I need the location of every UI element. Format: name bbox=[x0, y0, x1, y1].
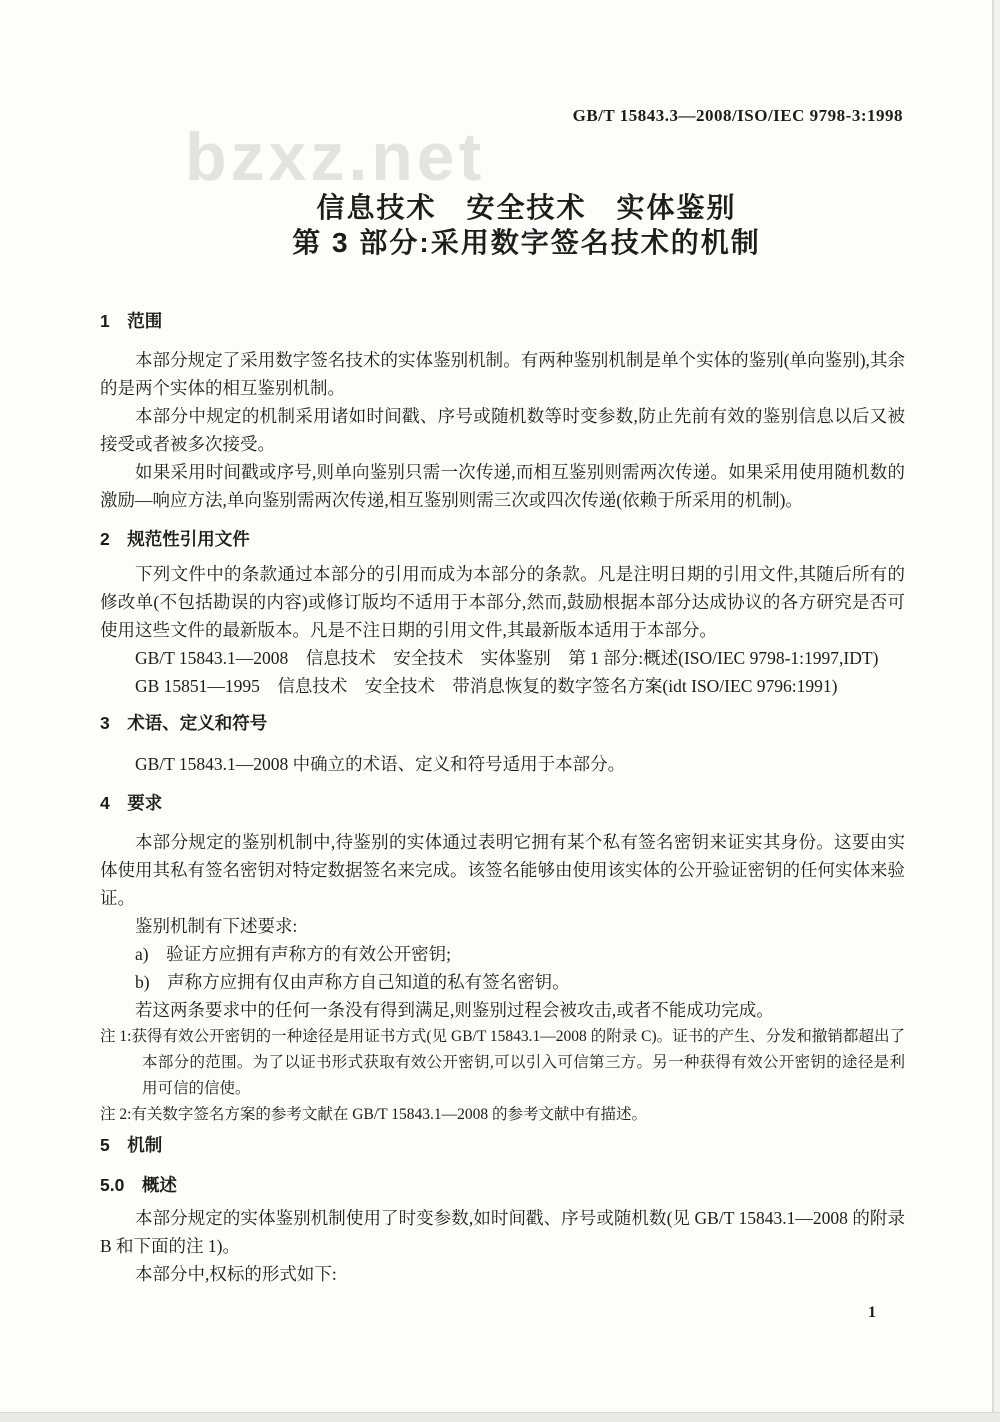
requirements-note-1: 注 1:获得有效公开密钥的一种途径是用证书方式(见 GB/T 15843.1—2… bbox=[100, 1024, 905, 1102]
normative-references-paragraph: 下列文件中的条款通过本部分的引用而成为本部分的条款。凡是注明日期的引用文件,其随… bbox=[100, 560, 905, 644]
scan-right-edge-line bbox=[992, 0, 994, 1422]
scope-paragraph-1: 本部分规定了采用数字签名技术的实体鉴别机制。有两种鉴别机制是单个实体的鉴别(单向… bbox=[100, 346, 905, 402]
requirement-item-a: a) 验证方应拥有声称方的有效公开密钥; bbox=[100, 940, 905, 968]
scan-right-edge-area bbox=[994, 0, 1000, 1422]
page-number: 1 bbox=[868, 1304, 876, 1322]
section-5-mechanisms-heading: 5 机制 bbox=[100, 1132, 905, 1158]
scope-paragraph-3: 如果采用时间戳或序号,则单向鉴别只需一次传递,而相互鉴别则需两次传递。如果采用使… bbox=[100, 458, 905, 514]
requirements-paragraph-3: 若这两条要求中的任何一条没有得到满足,则鉴别过程会被攻击,或者不能成功完成。 bbox=[100, 996, 905, 1024]
section-5-0-overview-heading: 5.0 概述 bbox=[100, 1172, 905, 1198]
terms-paragraph: GB/T 15843.1—2008 中确立的术语、定义和符号适用于本部分。 bbox=[100, 750, 905, 778]
scanned-document-page: { "header": { "standard_code": "GB/T 158… bbox=[0, 0, 1000, 1422]
standard-code-header: GB/T 15843.3—2008/ISO/IEC 9798-3:1998 bbox=[100, 104, 905, 128]
reference-item-2: GB 15851—1995 信息技术 安全技术 带消息恢复的数字签名方案(idt… bbox=[100, 672, 905, 700]
reference-item-1: GB/T 15843.1—2008 信息技术 安全技术 实体鉴别 第 1 部分:… bbox=[100, 644, 905, 672]
scope-paragraph-2: 本部分中规定的机制采用诸如时间戳、序号或随机数等时变参数,防止先前有效的鉴别信息… bbox=[100, 402, 905, 458]
requirements-paragraph-2: 鉴别机制有下述要求: bbox=[100, 912, 905, 940]
document-title-line1: 信息技术 安全技术 实体鉴别 bbox=[100, 192, 905, 224]
section-2-normative-references-heading: 2 规范性引用文件 bbox=[100, 526, 905, 552]
requirements-paragraph-1: 本部分规定的鉴别机制中,待鉴别的实体通过表明它拥有某个私有签名密钥来证实其身份。… bbox=[100, 828, 905, 912]
requirements-note-2: 注 2:有关数字签名方案的参考文献在 GB/T 15843.1—2008 的参考… bbox=[100, 1102, 905, 1128]
section-4-requirements-heading: 4 要求 bbox=[100, 790, 905, 816]
document-title-line2: 第 3 部分:采用数字签名技术的机制 bbox=[100, 226, 905, 260]
mechanisms-paragraph-1: 本部分规定的实体鉴别机制使用了时变参数,如时间戳、序号或随机数(见 GB/T 1… bbox=[100, 1204, 905, 1260]
section-3-terms-heading: 3 术语、定义和符号 bbox=[100, 710, 905, 736]
scan-bottom-edge bbox=[0, 1412, 1000, 1422]
page-content: GB/T 15843.3—2008/ISO/IEC 9798-3:1998 信息… bbox=[100, 0, 905, 1288]
requirement-item-b: b) 声称方应拥有仅由声称方自己知道的私有签名密钥。 bbox=[100, 968, 905, 996]
section-1-scope-heading: 1 范围 bbox=[100, 308, 905, 334]
mechanisms-paragraph-2: 本部分中,权标的形式如下: bbox=[100, 1260, 905, 1288]
